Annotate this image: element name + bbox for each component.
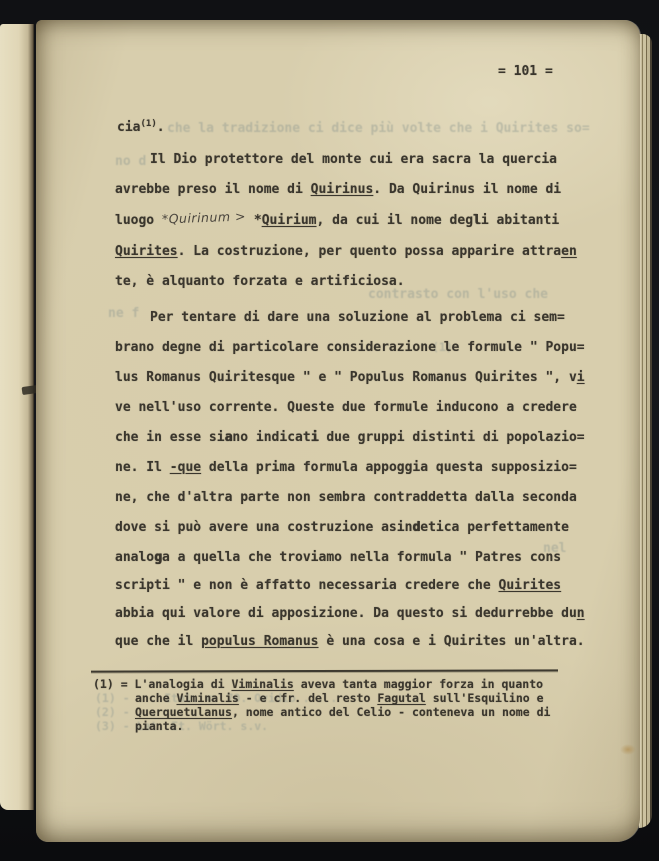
text-run: (1) = L'analogia di	[93, 677, 231, 691]
text-run: *	[246, 213, 262, 228]
text-run: avrebbe preso il nome di	[115, 182, 311, 197]
text-run: pianta.	[135, 719, 183, 733]
text-run: i	[577, 370, 585, 385]
text-run: i	[311, 430, 319, 445]
text-run: Viminalis	[177, 691, 239, 705]
paper-stain	[620, 744, 636, 755]
text-run: populus Romanus	[201, 634, 318, 649]
text-run: scripti " e non è affatto necessaria cre…	[115, 578, 499, 593]
text-run: luogo	[115, 213, 162, 228]
typewritten-line: te, è alquanto forzata e artificiosa.	[115, 274, 405, 290]
bleedthrough-text: che la tradizione ci dice più volte che …	[167, 121, 590, 137]
text-run: -que	[170, 460, 201, 475]
text-run: - e cfr. del resto	[239, 691, 377, 705]
text-run: è una cosa e i Quirites un'altra.	[319, 634, 585, 649]
page-stack-edge	[639, 34, 652, 828]
text-run: que che il	[115, 634, 201, 649]
photo-background: = 101 = che la tradizione ci dice più vo…	[0, 0, 659, 861]
text-run: che la tradizione ci dice più volte che …	[167, 121, 590, 136]
typewritten-line: Quirites. La costruzione, per quento pos…	[115, 244, 577, 260]
text-run: a a quella che troviamo nella formula " …	[162, 550, 561, 565]
footnote-line: anche Viminalis - e cfr. del resto Fagut…	[135, 692, 544, 705]
text-run: Querquetulanus	[135, 705, 232, 719]
footnote-separator	[91, 669, 558, 672]
text-run: n	[577, 606, 585, 621]
text-run: Fagutal	[377, 691, 425, 705]
text-run: g	[154, 550, 162, 565]
text-run: Quirinus	[311, 182, 374, 197]
bleedthrough-text: ne f	[108, 306, 139, 322]
text-run: . La costruzione, per quento possa appar…	[178, 244, 562, 259]
text-run: en	[561, 244, 577, 259]
text-run: . Da Quirinus il nome di	[373, 182, 561, 197]
text-run: Per tentare di dare una soluzione al pro…	[150, 310, 565, 325]
text-run: ne. Il	[115, 460, 170, 475]
typewritten-line: analoga a quella che troviamo nella form…	[115, 550, 561, 566]
text-run: te, è alquanto forzata e artificiosa.	[115, 274, 405, 289]
text-run: due gruppi distinti di popolazio=	[319, 430, 585, 445]
typewritten-line: ve nell'uso corrente. Queste due formule…	[115, 400, 577, 416]
text-run: Quirites	[115, 244, 178, 259]
typewritten-line: luogo *Quirinum > *Quirium, da cui il no…	[115, 212, 559, 229]
text-run: etica perfettamente	[420, 520, 569, 535]
text-run: ne f	[108, 306, 139, 321]
footnote-line: Querquetulanus, nome antico del Celio - …	[135, 706, 550, 719]
text-run: aveva tanta maggior forza in quanto	[294, 677, 543, 691]
typewritten-line: ne. Il -que della prima formula appoggia…	[115, 460, 577, 476]
text-run: Quirites	[499, 578, 562, 593]
typewritten-line: cia(1).	[117, 120, 165, 137]
text-run: Quirium	[262, 213, 317, 228]
footnote-line: (1) = L'analogia di Viminalis aveva tant…	[93, 678, 543, 691]
text-run: , da cui il nome deg	[317, 213, 474, 228]
footnote-line: pianta.	[135, 720, 183, 733]
text-run: Viminalis	[231, 677, 293, 691]
text-run: lus Romanus Quiritesque " e " Populus Ro…	[115, 370, 577, 385]
text-run: no indicat	[232, 430, 310, 445]
book-page: = 101 = che la tradizione ci dice più vo…	[36, 20, 640, 842]
text-run: , nome antico del Celio - conteneva un n…	[232, 705, 551, 719]
typewritten-line: avrebbe preso il nome di Quirinus. Da Qu…	[115, 182, 561, 198]
underlying-page-edge	[0, 24, 34, 810]
typewritten-line: ne, che d'altra parte non sembra contrad…	[115, 490, 577, 506]
text-run: dove si può avere una costruzione asin	[115, 520, 412, 535]
text-run: anche	[135, 691, 177, 705]
text-run: .	[157, 120, 165, 135]
typewritten-line: abbia qui valore di apposizione. Da ques…	[115, 606, 585, 622]
text-run: cia	[117, 120, 140, 135]
handwritten-annotation: *Quirinum >	[162, 209, 247, 228]
text-run: analo	[115, 550, 154, 565]
text-run: brano degne di particolare considerazion…	[115, 340, 585, 355]
bleedthrough-text: no d	[115, 154, 146, 170]
typewritten-line: Il Dio protettore del monte cui era sacr…	[150, 152, 557, 168]
text-run: l	[473, 213, 481, 228]
typewritten-line: dove si può avere una costruzione asinde…	[115, 520, 569, 536]
typewritten-line: que che il populus Romanus è una cosa e …	[115, 634, 585, 650]
text-run: Il Dio protettore del monte cui era sacr…	[150, 152, 557, 167]
typewritten-line: Per tentare di dare una soluzione al pro…	[150, 310, 565, 326]
text-run: della prima formula appoggia questa supp…	[201, 460, 577, 475]
text-run: che in esse si	[115, 430, 225, 445]
text-run: abbia qui valore di apposizione. Da ques…	[115, 606, 577, 621]
typewritten-line: scripti " e non è affatto necessaria cre…	[115, 578, 561, 594]
typewritten-line: lus Romanus Quiritesque " e " Populus Ro…	[115, 370, 585, 386]
footnote-ref: (1)	[140, 119, 156, 129]
text-run: ve nell'uso corrente. Queste due formule…	[115, 400, 577, 415]
text-run: no d	[115, 154, 146, 169]
typewritten-line: brano degne di particolare considerazion…	[115, 340, 585, 356]
page-number: = 101 =	[498, 64, 553, 80]
typewritten-line: che in esse siano indicati due gruppi di…	[115, 430, 585, 446]
text-run: ne, che d'altra parte non sembra contrad…	[115, 490, 577, 505]
text-run: sull'Esquilino e	[426, 691, 544, 705]
text-run: i abitanti	[481, 213, 559, 228]
